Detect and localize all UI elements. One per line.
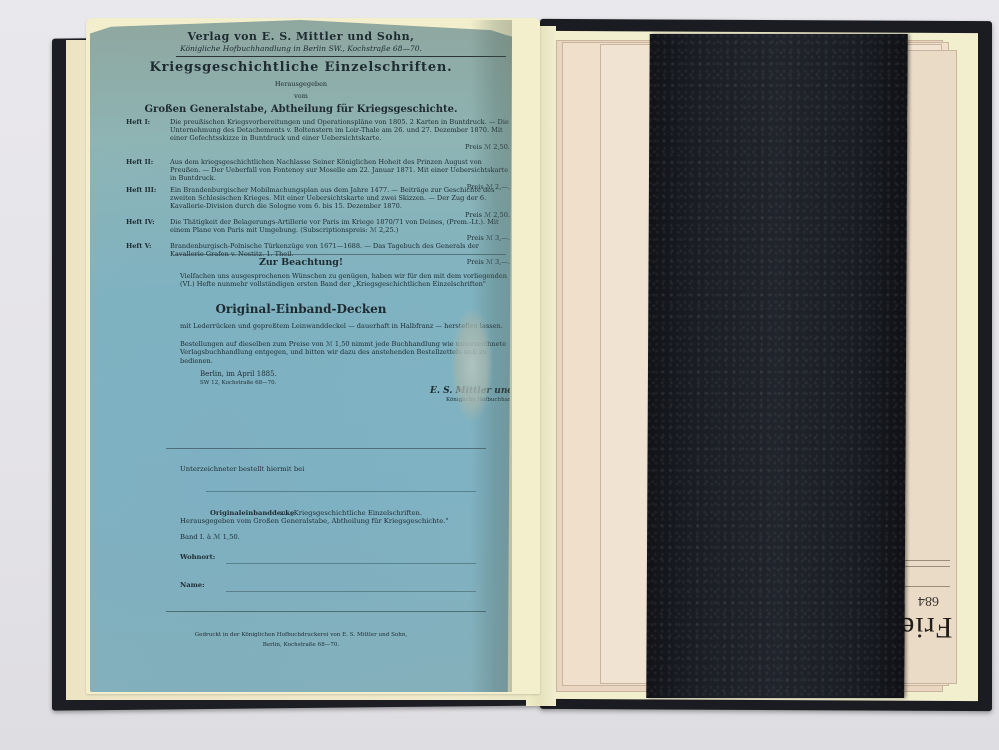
printer-line: Gedruckt in der Königlichen Hofbuchdruck…	[90, 632, 512, 638]
wohnort-label: Wohnort:	[180, 553, 215, 561]
order-item-price: Band I. à ℳ 1,50.	[180, 533, 240, 541]
divider	[176, 254, 506, 255]
heft-text: Brandenburgisch-Polnische Türkenzüge von…	[170, 242, 479, 258]
heft-entry: Heft I: Die preußischen Kriegsvorbereitu…	[170, 118, 510, 151]
heft-entry: Heft IV: Die Thätigkeit der Belagerungs-…	[170, 218, 510, 243]
name-line	[226, 591, 476, 592]
wohnort-line	[226, 563, 476, 564]
heft-text: Die Thätigkeit der Belagerungs-Artilleri…	[170, 218, 499, 234]
editor-name: Großen Generalstabe, Abtheilung für Krie…	[90, 104, 512, 115]
address-line: SW 12, Kochstraße 68—70.	[200, 380, 276, 386]
order-item-text: zu „Kriegsgeschichtliche Einzelschriften…	[180, 509, 476, 526]
sheet-rule-line	[905, 566, 950, 567]
binding-title: Original-Einband-Decken	[90, 302, 512, 316]
fill-line	[206, 491, 476, 492]
publisher-name: Verlag von E. S. Mittler und Sohn,	[90, 30, 512, 43]
series-title: Kriegsgeschichtliche Einzelschriften.	[90, 60, 512, 75]
divider	[176, 56, 506, 57]
heft-text: Aus dem kriegsgeschichtlichen Nachlasse …	[170, 158, 508, 182]
heft-label: Heft IV:	[126, 218, 155, 226]
order-intro: Unterzeichneter bestellt hiermit bei	[180, 465, 304, 473]
sheet-rule-line	[905, 586, 950, 587]
herausgegeben-label: Herausgegeben	[90, 80, 512, 88]
name-label: Name:	[180, 581, 205, 589]
heft-text: Ein Brandenburgischer Mobilmachungsplan …	[170, 186, 494, 210]
sheet-page-number: 684	[918, 592, 939, 608]
notice-text: Vielfachen uns ausgesprochenen Wünschen …	[180, 272, 510, 289]
heft-label: Heft V:	[126, 242, 152, 250]
prospectus-leaflet: Verlag von E. S. Mittler und Sohn, König…	[90, 20, 512, 692]
sheet-heading-fragment: Frie	[900, 610, 952, 644]
publisher-address: Königliche Hofbuchhandlung in Berlin SW.…	[90, 44, 512, 53]
heft-text: Die preußischen Kriegsvorbereitungen und…	[170, 118, 509, 142]
notice-title: Zur Beachtung!	[90, 257, 512, 268]
date-line: Berlin, im April 1885.	[200, 370, 277, 378]
heft-entry: Heft III: Ein Brandenburgischer Mobilmac…	[170, 186, 510, 219]
printer-address: Berlin, Kochstraße 68—70.	[90, 642, 512, 648]
heft-label: Heft III:	[126, 186, 156, 194]
sheet-rule-line	[905, 560, 950, 561]
heft-label: Heft II:	[126, 158, 153, 166]
leaflet-tear	[452, 310, 492, 420]
heft-label: Heft I:	[126, 118, 150, 126]
vom-label: vom	[90, 92, 512, 100]
heft-price: Preis ℳ 2,50.	[170, 143, 510, 151]
elastic-band	[646, 34, 907, 698]
order-form: Unterzeichneter bestellt hiermit bei Ori…	[166, 448, 486, 612]
